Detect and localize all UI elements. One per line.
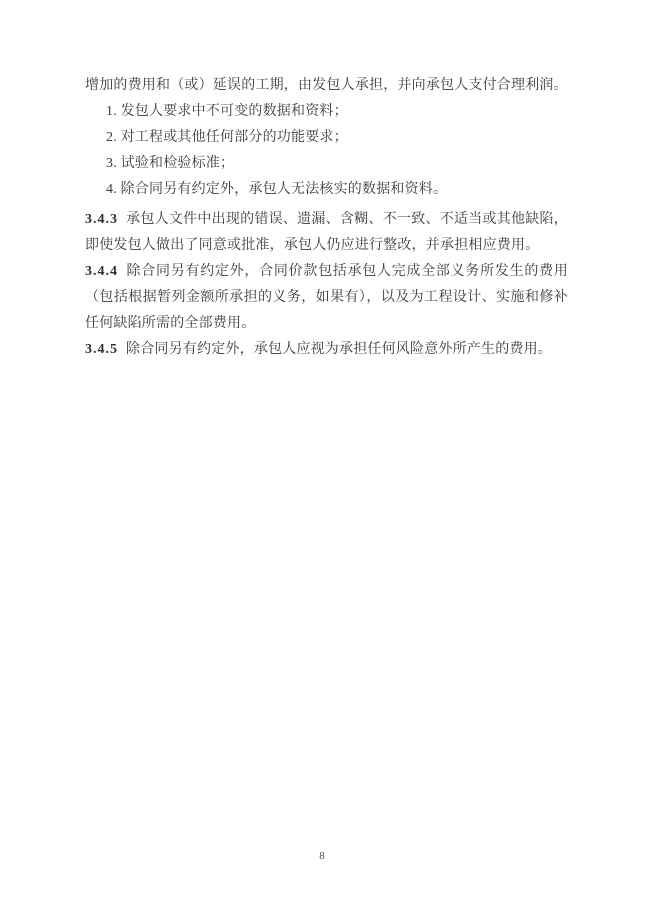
list-item: 1. 发包人要求中不可变的数据和资料； [85,99,568,125]
clause-number: 3.4.4 [85,264,118,279]
document-body: 增加的费用和（或）延误的工期，由发包人承担，并向承包人支付合理利润。 1. 发包… [85,73,568,363]
clause-3-4-3: 3.4.3承包人文件中出现的错误、遗漏、含糊、不一致、不适当或其他缺陷，即使发包… [85,207,568,259]
clause-text: 除合同另有约定外，合同价款包括承包人完成全部义务所发生的费用（包括根据暂列金额所… [85,264,568,331]
list-item: 4. 除合同另有约定外，承包人无法核实的数据和资料。 [85,177,568,203]
clause-number: 3.4.5 [85,342,118,357]
paragraph-continuation: 增加的费用和（或）延误的工期，由发包人承担，并向承包人支付合理利润。 [85,73,568,99]
page-number: 8 [0,850,644,862]
clause-3-4-4: 3.4.4除合同另有约定外，合同价款包括承包人完成全部义务所发生的费用（包括根据… [85,259,568,337]
list-item: 2. 对工程或其他任何部分的功能要求； [85,125,568,151]
list-item: 3. 试验和检验标准； [85,151,568,177]
clause-3-4-5: 3.4.5除合同另有约定外，承包人应视为承担任何风险意外所产生的费用。 [85,337,568,363]
clause-number: 3.4.3 [85,212,118,227]
clause-text: 承包人文件中出现的错误、遗漏、含糊、不一致、不适当或其他缺陷，即使发包人做出了同… [85,212,568,253]
document-page: 增加的费用和（或）延误的工期，由发包人承担，并向承包人支付合理利润。 1. 发包… [0,0,650,919]
clause-text: 除合同另有约定外，承包人应视为承担任何风险意外所产生的费用。 [126,342,552,357]
